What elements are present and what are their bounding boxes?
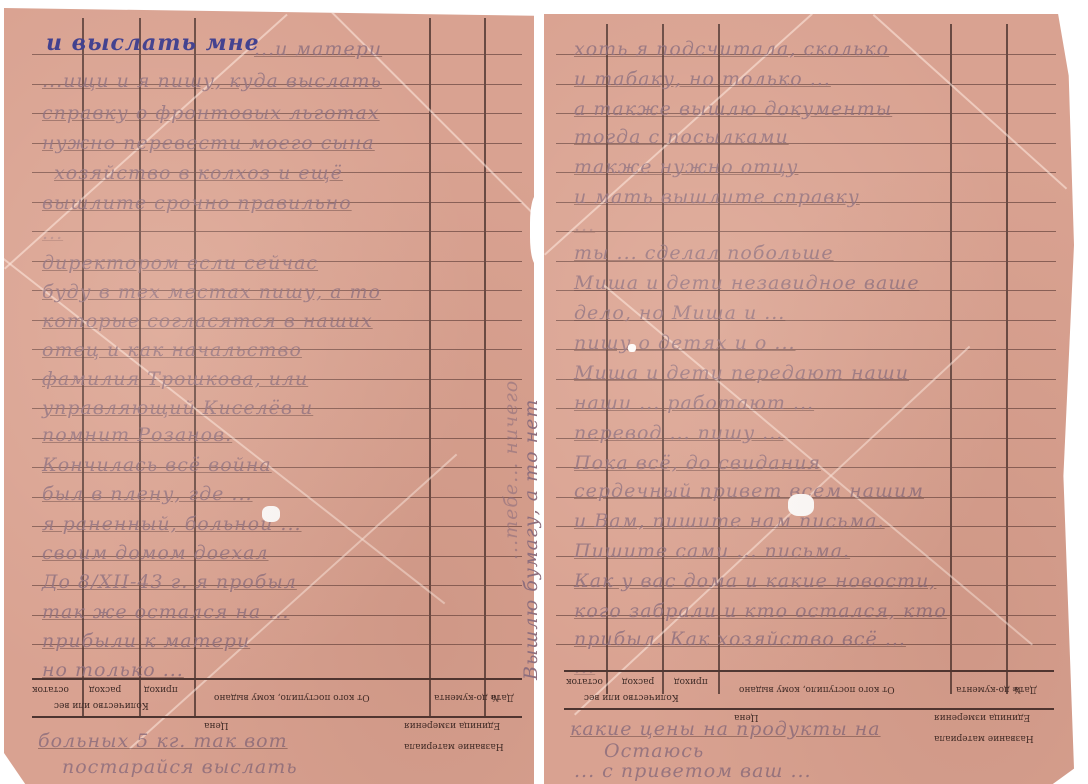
handwritten-line: ты ... сделал побольше <box>574 242 834 264</box>
handwritten-line: ... с приветом ваш ... <box>574 760 812 782</box>
form-border <box>32 716 522 718</box>
column-divider <box>429 18 431 718</box>
handwritten-line: а также вышлю документы <box>574 98 892 120</box>
paper-tear <box>530 195 546 265</box>
column-divider <box>484 18 486 718</box>
form-header-in: приход <box>144 684 178 694</box>
handwritten-line: так же остался на ... <box>42 601 289 623</box>
handwritten-line: Как у вас дома и какие новости, <box>574 570 936 592</box>
handwritten-line: ... <box>42 222 63 244</box>
handwritten-line: перевод ... пишу ... <box>574 422 783 444</box>
handwritten-line: ...ищи и я пишу, куда выслать <box>42 70 382 92</box>
handwritten-line: справку о фронтовых льготах <box>42 102 380 124</box>
form-header-out: расход <box>622 676 654 686</box>
form-header-material: Название материала <box>404 741 504 751</box>
column-divider <box>606 24 608 694</box>
form-header-price: Цена <box>204 720 229 730</box>
handwritten-line: постарайся выслать <box>62 756 298 778</box>
paper-hole <box>262 506 280 522</box>
handwritten-line: прибыл. Как хозяйство всё ... <box>574 628 906 650</box>
handwritten-line: дело, но Миша и ... <box>574 302 785 324</box>
form-header-from-whom: От кого поступило, кому выдано <box>214 692 370 702</box>
handwritten-line: своим домом доехал <box>42 542 269 564</box>
handwritten-line: пишу о детях и о ... <box>574 332 796 354</box>
form-header-date: Дата <box>491 692 514 702</box>
handwritten-line: управляющий Киселёв и <box>42 397 313 419</box>
handwritten-line: и Вам, пишите нам письма. <box>574 510 885 532</box>
handwritten-line: ... <box>574 214 595 236</box>
handwritten-line: и табаку, но только ... <box>574 68 831 90</box>
handwritten-line: До 8/XII-43 г. я пробыл <box>42 571 297 593</box>
handwritten-line: тогда с посылками <box>574 126 789 148</box>
form-header-out: расход <box>89 684 121 694</box>
column-divider <box>718 24 720 694</box>
form-header-unit: Единица измерения <box>934 712 1030 722</box>
handwritten-line: Миша и дети передают наши <box>574 362 909 384</box>
right-page: хоть я подсчитала, сколько и табаку, но … <box>544 14 1074 784</box>
handwritten-line: и мать вышлите справку <box>574 186 860 208</box>
handwritten-line: директором если сейчас <box>42 252 318 274</box>
paper-hole <box>628 344 636 352</box>
form-header-balance: остаток <box>32 684 69 694</box>
handwritten-line: вышлите срочно правильно <box>42 192 352 214</box>
form-header-date: Дата <box>1014 684 1037 694</box>
form-header-from-whom: От кого поступило, кому выдано <box>739 684 895 694</box>
handwritten-line: Остаюсь <box>604 740 704 762</box>
column-divider <box>1006 24 1008 694</box>
handwritten-line: Пока всё, до свидания <box>574 452 821 474</box>
handwritten-line: хозяйство в колхоз и ещё <box>54 162 343 184</box>
handwritten-line: помнит Розанов. <box>42 424 232 446</box>
form-border <box>564 670 1054 672</box>
ruled-line <box>556 231 1056 232</box>
handwritten-line: хоть я подсчитала, сколько <box>574 38 889 60</box>
form-header-quantity: Количество или вес <box>54 700 149 710</box>
form-header-in: приход <box>674 676 708 686</box>
form-header-balance: остаток <box>566 676 603 686</box>
handwritten-line: сердечный привет всем нашим <box>574 480 924 502</box>
form-header-doc-no: № до-кумента <box>434 692 499 702</box>
handwritten-line: прибыли к матери <box>42 630 250 652</box>
handwritten-line: Кончилась всё война <box>42 454 272 476</box>
paper-hole <box>788 494 814 516</box>
handwritten-line: ...и матери <box>254 38 382 60</box>
form-header-quantity: Количество или вес <box>584 692 679 702</box>
form-header-doc-no: № до-кумента <box>956 684 1021 694</box>
form-border <box>564 708 1054 710</box>
handwritten-line: кого забрали и кто остался, кто <box>574 600 947 622</box>
handwritten-line: буду в тех местах пишу, а то <box>42 281 381 303</box>
left-page: и выслать мне ...и матери ...ищи и я пиш… <box>4 8 534 784</box>
blue-ink-text: и выслать мне <box>46 30 260 56</box>
handwritten-line: также нужно отцу <box>574 156 798 178</box>
handwritten-line: ... <box>574 656 595 678</box>
handwritten-line: Пишите сами ... письма. <box>574 540 850 562</box>
handwritten-line: был в плену, где ... <box>42 483 253 505</box>
handwritten-line: Миша и дети незавидное ваше <box>574 272 920 294</box>
handwritten-line: отец и как начальство <box>42 339 302 361</box>
ruled-line <box>32 231 522 232</box>
form-header-unit: Единица измерения <box>404 720 500 730</box>
column-divider <box>662 24 664 694</box>
vertical-margin-text: ...тебе... ничего <box>500 380 522 560</box>
handwritten-line: больных 5 кг. так вот <box>38 730 288 752</box>
handwritten-line: какие цены на продукты на <box>570 718 881 740</box>
handwritten-line: нужно перевести моего сына <box>42 132 375 154</box>
vertical-margin-text: Вышлю бумагу, а то нет <box>520 399 542 680</box>
form-header-material: Название материала <box>934 733 1034 743</box>
fold-crease <box>873 14 1068 189</box>
handwritten-line: фамилия Трошкова, или <box>42 368 308 390</box>
handwritten-line: наши ... работают ... <box>574 392 814 414</box>
column-divider <box>950 24 952 694</box>
form-border <box>32 678 522 680</box>
handwritten-line: которые согласятся в наших <box>42 310 373 332</box>
